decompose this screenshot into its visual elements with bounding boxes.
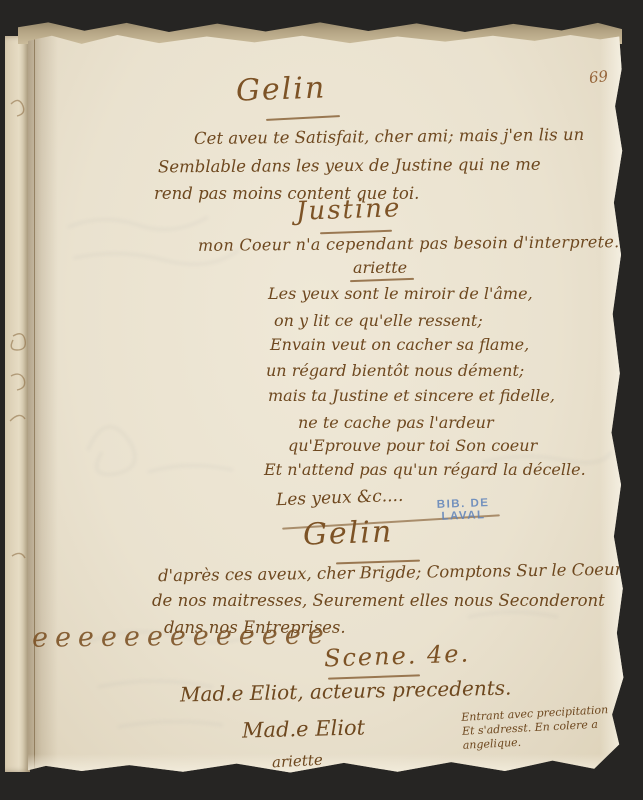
stage-direction-note: Entrant avec precipitation Et s'adresst.… bbox=[461, 703, 610, 753]
verse-line: ne te cache pas l'ardeur bbox=[298, 414, 494, 432]
speaker-heading-gelin-2: Gelin bbox=[302, 515, 393, 551]
flourish-divider: eeeeeeeeeeeee bbox=[32, 620, 331, 653]
ariette-label-1: ariette bbox=[353, 259, 407, 277]
dialogue-line: J'Entends, bbox=[238, 775, 326, 797]
manuscript-photo: 69 Gelin Cet aveu te Satisfait, cher ami… bbox=[0, 0, 643, 800]
scene-heading: Scene. 4e. bbox=[324, 640, 471, 671]
verse-line: qu'Eprouve pour toi Son coeur bbox=[288, 437, 537, 455]
library-stamp: BIB. DE LAVAL bbox=[437, 497, 490, 523]
speaker-heading-eliot: Mad.e Eliot bbox=[242, 716, 366, 742]
verse-line: Les yeux sont le miroir de l'âme, bbox=[268, 285, 533, 303]
facing-page-ink-marks bbox=[5, 36, 30, 772]
library-stamp-line2: LAVAL bbox=[437, 509, 490, 523]
verse-line: un régard bientôt nous dément; bbox=[266, 362, 524, 380]
refrain-line: Les yeux &c.... bbox=[276, 487, 404, 510]
dialogue-line: de nos maitresses, Seurement elles nous … bbox=[152, 592, 605, 610]
verse-line: mais ta Justine et sincere et fidelle, bbox=[268, 387, 555, 405]
verse-line: Et n'attend pas qu'un régard la décelle. bbox=[264, 461, 586, 479]
heading-underline bbox=[268, 770, 334, 777]
facing-page-edge bbox=[5, 36, 30, 772]
speaker-heading-gelin-1: Gelin bbox=[235, 71, 326, 107]
folio-number: 69 bbox=[588, 68, 609, 87]
ariette-label-2: ariette bbox=[272, 752, 324, 771]
verse-line: on y lit ce qu'elle ressent; bbox=[274, 312, 483, 330]
dialogue-line: Semblable dans les yeux de Justine qui n… bbox=[158, 156, 541, 177]
verse-line: Envain veut on cacher sa flame, bbox=[270, 336, 529, 354]
speaker-heading-justine: Justine bbox=[296, 194, 402, 226]
dialogue-line: mon Coeur n'a cependant pas besoin d'int… bbox=[198, 233, 620, 254]
manuscript-page: 69 Gelin Cet aveu te Satisfait, cher ami… bbox=[28, 32, 624, 774]
